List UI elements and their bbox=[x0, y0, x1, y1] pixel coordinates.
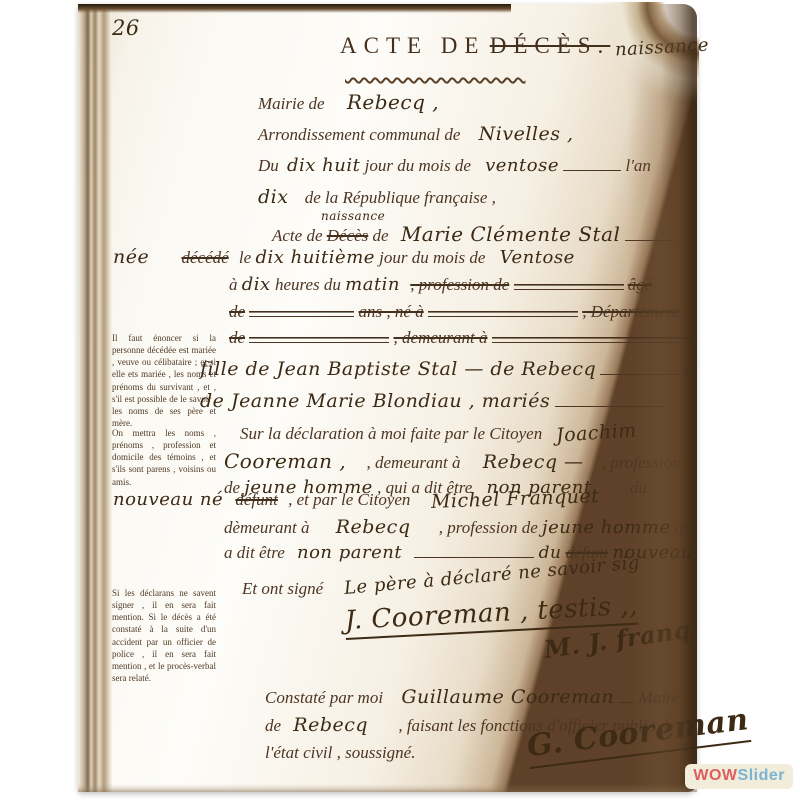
acte-de-label: Acte de bbox=[272, 226, 323, 245]
arrondissement-label: Arrondissement communal de bbox=[258, 125, 460, 144]
ans-ne-struck: ans , né à bbox=[359, 302, 424, 321]
profession-struck: , profession de bbox=[410, 275, 509, 294]
et-ont-signe-label: Et ont signé bbox=[242, 579, 323, 598]
de-label3: de bbox=[265, 716, 281, 735]
profession-de-label: , profession de bbox=[439, 518, 538, 537]
defunt-struck: défunt bbox=[235, 490, 278, 509]
age-struck: âgé bbox=[628, 275, 653, 294]
filiation-line2: de Jeanne Marie Blondiau , mariés bbox=[200, 390, 550, 412]
arrondissement-value: Nivelles , bbox=[479, 123, 574, 145]
deceased-name: Marie Clémente Stal bbox=[401, 222, 621, 246]
et-par-le-citoyen-label: , et par le Citoyen bbox=[288, 490, 410, 509]
matin-handwritten: matin bbox=[345, 274, 400, 295]
demeurant-label2: dèmeurant à bbox=[224, 518, 309, 537]
witness1-surname: Cooreman , bbox=[224, 449, 346, 473]
nee-handwritten: née bbox=[113, 246, 149, 268]
title-deces-struck: DÉCÈS. bbox=[490, 33, 611, 58]
du-label2: du bbox=[630, 478, 647, 497]
page-number: 26 bbox=[112, 18, 140, 39]
naissance-superscript: naissance bbox=[321, 210, 385, 222]
witness2-profession: jeune homme bbox=[542, 517, 671, 538]
mayor-commune: Rebecq bbox=[293, 714, 368, 736]
wowslider-watermark: WOWSlider bbox=[685, 764, 793, 789]
book-page: 26 ACTE DE DÉCÈS. naissance mmmmmmmmmmmm… bbox=[78, 4, 697, 792]
month-handwritten2: Ventose bbox=[500, 247, 575, 268]
fill-rule bbox=[414, 553, 534, 558]
day-handwritten: dix huit bbox=[287, 155, 360, 176]
witness2-relation: non parent bbox=[297, 542, 402, 563]
mairie-label: Mairie de bbox=[258, 94, 325, 113]
watermark-slider-text: Slider bbox=[738, 767, 785, 784]
struck-rule bbox=[249, 332, 389, 343]
margin-note-1: Il faut énoncer si la personne décédée e… bbox=[112, 332, 216, 429]
witness1-residence: Rebecq — bbox=[483, 451, 584, 473]
heures-label: heures du bbox=[275, 275, 341, 294]
mayor-name: Guillaume Cooreman bbox=[401, 686, 614, 708]
witness2-name: Michel Franquet bbox=[430, 487, 599, 512]
struck-rule bbox=[492, 332, 692, 343]
fill-rule bbox=[618, 698, 634, 703]
demeurant-struck: , demeurant à bbox=[394, 328, 488, 347]
fill-rule bbox=[555, 402, 665, 407]
struck-rule bbox=[428, 306, 578, 317]
scanned-document-photo: 26 ACTE DE DÉCÈS. naissance mmmmmmmmmmmm… bbox=[0, 0, 800, 800]
book-spine-edge bbox=[78, 4, 112, 792]
departement-struck: , Département bbox=[582, 302, 679, 321]
de-struck: de bbox=[229, 302, 245, 321]
republique-label: de la République française , bbox=[305, 188, 496, 207]
margin-note-3: Si les déclarans ne savent signer , il e… bbox=[112, 587, 216, 684]
page-corner-curl bbox=[579, 2, 699, 122]
nouveau-ne-handwritten: nouveau né bbox=[113, 489, 223, 510]
a-dit-etre-label: a dit être bbox=[224, 543, 285, 562]
filiation-line1-end: et bbox=[685, 360, 697, 379]
watermark-wow-text: WOW bbox=[693, 767, 737, 784]
le-label: le bbox=[239, 248, 251, 267]
title-acte-de: ACTE DE bbox=[340, 33, 485, 58]
hour-handwritten: dix bbox=[242, 274, 271, 295]
declaration-l1: Sur la déclaration à moi faite par le Ci… bbox=[240, 424, 542, 443]
margin-note-2: On mettra les noms , prénoms , professio… bbox=[112, 427, 216, 488]
de-label: de bbox=[373, 226, 389, 245]
month-handwritten: ventose bbox=[485, 155, 559, 176]
fill-rule bbox=[625, 236, 673, 241]
witness1-firstname: Joachim bbox=[556, 421, 638, 446]
etat-civil-label: l'état civil , soussigné. bbox=[265, 743, 415, 762]
struck-rule bbox=[514, 279, 624, 290]
witness2-residence: Rebecq bbox=[336, 516, 411, 538]
page-bottom-edge bbox=[78, 784, 697, 792]
signature-mayor: G. Cooreman bbox=[525, 705, 751, 769]
lan-label: l'an bbox=[625, 156, 650, 175]
jour-mois-label: jour du mois de bbox=[365, 156, 471, 175]
fill-rule bbox=[563, 166, 621, 171]
demeurant-label: , demeurant à bbox=[367, 453, 461, 472]
day-ordinal-handwritten: dix huitième bbox=[255, 247, 374, 268]
struck-rule bbox=[249, 306, 354, 317]
page-top-edge bbox=[78, 4, 511, 13]
de2-struck: de bbox=[229, 328, 245, 347]
fill-rule bbox=[600, 370, 680, 375]
decede-struck: décédé bbox=[181, 248, 228, 267]
maire-label: Maire bbox=[639, 688, 680, 707]
title-naissance-handwritten: naissance bbox=[614, 37, 709, 60]
squiggle-ornament: mmmmmmmmmmmmmm bbox=[345, 66, 525, 80]
constate-label: Constaté par moi bbox=[265, 688, 383, 707]
deces-struck: Décès bbox=[327, 226, 369, 245]
du-label: Du bbox=[258, 156, 279, 175]
qui-label: qui bbox=[675, 518, 697, 537]
mairie-value: Rebecq , bbox=[347, 90, 439, 114]
jour-mois-label2: jour du mois de bbox=[379, 248, 485, 267]
filiation-line1: fille de Jean Baptiste Stal — de Rebecq bbox=[200, 358, 596, 380]
profession-label: , profession bbox=[602, 453, 681, 472]
a-label: à bbox=[229, 275, 238, 294]
year-handwritten: dix bbox=[258, 186, 288, 208]
